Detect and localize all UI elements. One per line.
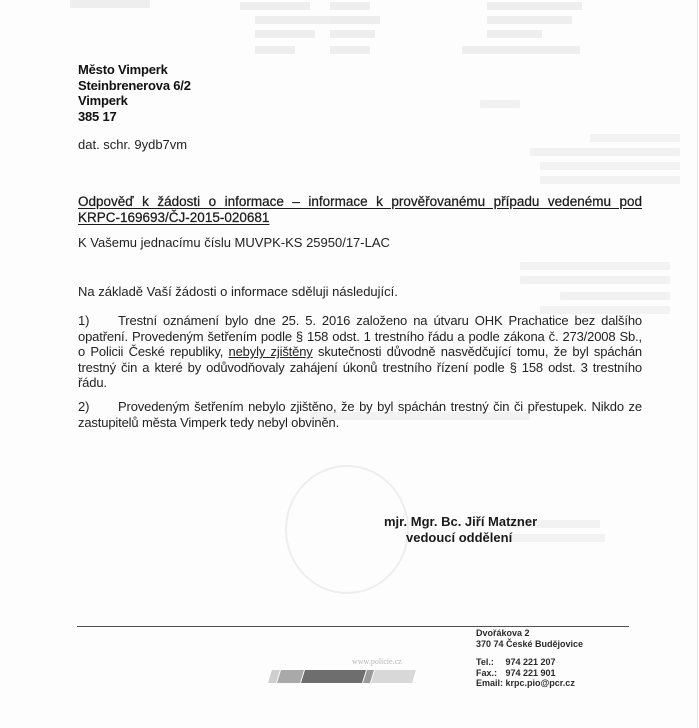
data-box-id: dat. schr. 9ydb7vm	[78, 137, 187, 152]
subject-heading: Odpověď k žádosti o informace – informac…	[78, 194, 642, 226]
paragraph-1: 1)Trestní oznámení bylo dne 25. 5. 2016 …	[78, 313, 642, 391]
paragraph-number: 2)	[78, 399, 118, 415]
signatory-name: mjr. Mgr. Bc. Jiří Matzner	[384, 514, 537, 530]
footer-website: www.policie.cz	[352, 657, 402, 666]
signatory-role: vedoucí oddělení	[384, 530, 537, 546]
reference-number: K Vašemu jednacímu číslu MUVPK-KS 25950/…	[78, 235, 390, 250]
recipient-address: Město Vimperk Steinbrenerova 6/2 Vimperk…	[78, 62, 191, 124]
footer-street: Dvořákova 2	[476, 628, 583, 639]
footer-phone: Tel.: 974 221 207	[476, 657, 583, 668]
signature-block: mjr. Mgr. Bc. Jiří Matzner vedoucí odděl…	[384, 514, 537, 546]
recipient-zip: 385 17	[78, 109, 191, 125]
police-logo-strip	[268, 670, 416, 683]
footer-divider	[77, 626, 629, 627]
paragraph-text: Provedeným šetřením nebylo zjištěno, že …	[78, 399, 642, 430]
recipient-street: Steinbrenerova 6/2	[78, 78, 191, 94]
subject-line-2: KRPC-169693/ČJ-2015-020681	[78, 210, 269, 225]
paragraph-number: 1)	[78, 313, 118, 329]
recipient-city: Vimperk	[78, 93, 191, 109]
intro-text: Na základě Vaší žádosti o informace sděl…	[78, 284, 398, 299]
page-edge	[697, 0, 698, 728]
recipient-name: Město Vimperk	[78, 62, 191, 78]
subject-line-1: Odpověď k žádosti o informace – informac…	[78, 194, 642, 210]
footer-fax: Fax.: 974 221 901	[476, 668, 583, 679]
footer-city: 370 74 České Budějovice	[476, 639, 583, 650]
underlined-phrase: nebyly zjištěny	[229, 344, 313, 359]
paragraph-2: 2)Provedeným šetřením nebylo zjištěno, ž…	[78, 399, 642, 430]
footer-contact: Dvořákova 2 370 74 České Budějovice Tel.…	[476, 628, 583, 689]
footer-email: Email: krpc.pio@pcr.cz	[476, 678, 583, 689]
